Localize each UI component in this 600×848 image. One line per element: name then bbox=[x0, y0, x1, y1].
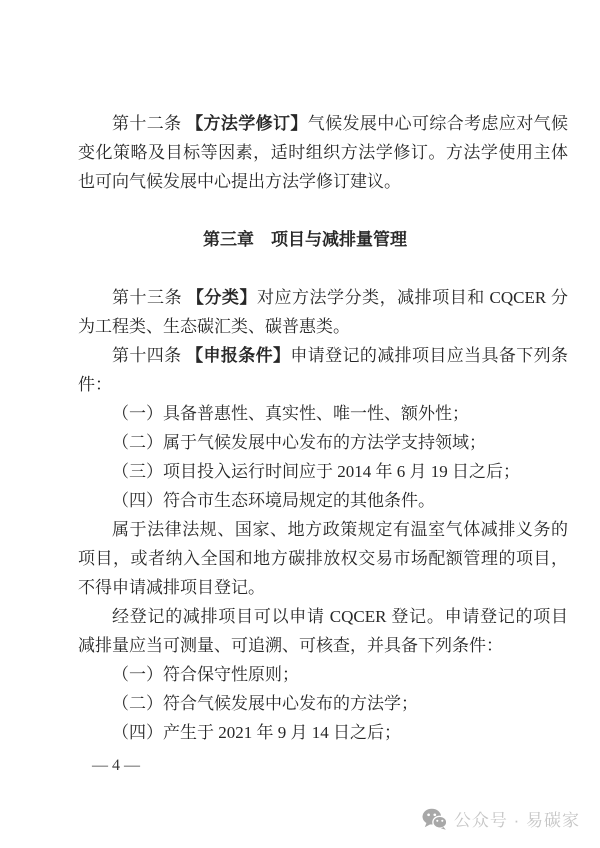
article-13-number: 第十三条 bbox=[112, 288, 187, 307]
page-number: — 4 — bbox=[92, 751, 140, 780]
cqcer-item-2: （二）符合气候发展中心发布的方法学； bbox=[78, 689, 568, 718]
article-13-paragraph: 第十三条 【分类】对应方法学分类，减排项目和 CQCER 分为工程类、生态碳汇类… bbox=[78, 283, 568, 341]
prohibition-paragraph: 属于法律法规、国家、地方政策规定有温室气体减排义务的项目，或者纳入全国和地方碳排… bbox=[78, 515, 568, 602]
article-14-tag: 【申报条件】 bbox=[186, 346, 290, 365]
cqcer-item-1: （一）符合保守性原则； bbox=[78, 660, 568, 689]
article-13-tag: 【分类】 bbox=[187, 288, 257, 307]
article-12-number: 第十二条 bbox=[112, 114, 186, 133]
document-page: 第十二条 【方法学修订】气候发展中心可综合考虑应对气候变化策略及目标等因素，适时… bbox=[0, 0, 600, 848]
cqcer-registration-paragraph: 经登记的减排项目可以申请 CQCER 登记。申请登记的项目减排量应当可测量、可追… bbox=[78, 602, 568, 660]
watermark: 公众号 · 易碳家 bbox=[422, 806, 580, 831]
cqcer-item-3: （四）产生于 2021 年 9 月 14 日之后； bbox=[78, 718, 568, 747]
article-14-number: 第十四条 bbox=[112, 346, 186, 365]
chapter-heading: 第三章 项目与减排量管理 bbox=[78, 225, 568, 254]
article-14-item-1: （一）具备普惠性、真实性、唯一性、额外性； bbox=[78, 399, 568, 428]
wechat-icon bbox=[422, 808, 447, 830]
article-14-paragraph: 第十四条 【申报条件】申请登记的减排项目应当具备下列条件： bbox=[78, 341, 568, 399]
article-12-tag: 【方法学修订】 bbox=[186, 114, 308, 133]
article-14-item-4: （四）符合市生态环境局规定的其他条件。 bbox=[78, 486, 568, 515]
article-14-item-3: （三）项目投入运行时间应于 2014 年 6 月 19 日之后； bbox=[78, 457, 568, 486]
document-content: 第十二条 【方法学修订】气候发展中心可综合考虑应对气候变化策略及目标等因素，适时… bbox=[78, 109, 568, 747]
article-12-paragraph: 第十二条 【方法学修订】气候发展中心可综合考虑应对气候变化策略及目标等因素，适时… bbox=[78, 109, 568, 196]
watermark-text: 公众号 · 易碳家 bbox=[454, 806, 580, 831]
article-14-item-2: （二）属于气候发展中心发布的方法学支持领域； bbox=[78, 428, 568, 457]
